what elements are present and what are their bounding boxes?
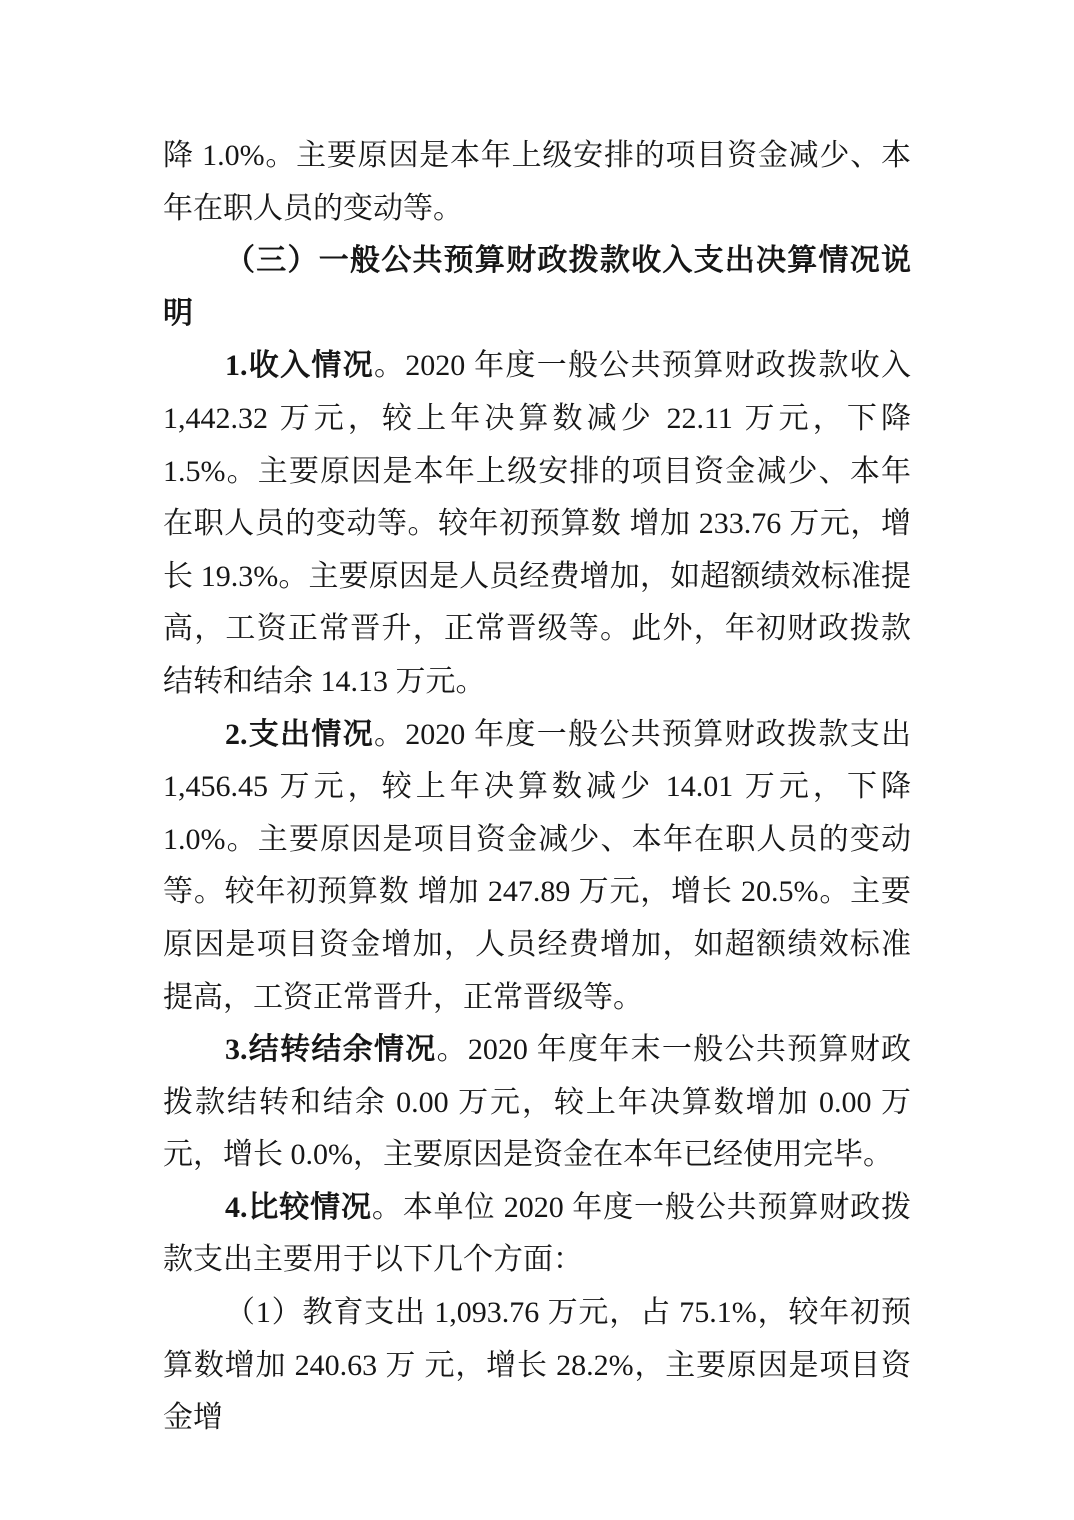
paragraph-lead-bold: 1.收入情况: [225, 349, 374, 382]
paragraph-education-expenditure: （1）教育支出 1,093.76 万元，占 75.1%，较年初预算数增加 240…: [163, 1287, 911, 1445]
paragraph-lead-bold: 4.比较情况: [225, 1191, 372, 1224]
page-text-block: 降 1.0%。主要原因是本年上级安排的项目资金减少、本年在职人员的变动等。 （三…: [163, 130, 911, 1445]
paragraph-carryover-balance: 3.结转结余情况。2020 年度年末一般公共预算财政拨款结转和结余 0.00 万…: [163, 1024, 911, 1182]
paragraph-income: 1.收入情况。2020 年度一般公共预算财政拨款收入 1,442.32 万元，较…: [163, 340, 911, 708]
paragraph-text: 。2020 年度一般公共预算财政拨款收入 1,442.32 万元，较上年决算数减…: [163, 349, 911, 698]
paragraph-text: （1）教育支出 1,093.76 万元，占 75.1%，较年初预算数增加 240…: [163, 1296, 911, 1434]
paragraph-comparison: 4.比较情况。本单位 2020 年度一般公共预算财政拨款支出主要用于以下几个方面…: [163, 1182, 911, 1287]
heading-section-three: （三）一般公共预算财政拨款收入支出决算情况说明: [163, 235, 911, 340]
paragraph-expenditure: 2.支出情况。2020 年度一般公共预算财政拨款支出 1,456.45 万元，较…: [163, 709, 911, 1025]
paragraph-lead-bold: 2.支出情况: [225, 718, 374, 751]
paragraph-text: 。2020 年度一般公共预算财政拨款支出 1,456.45 万元，较上年决算数减…: [163, 718, 911, 1014]
document-page: 降 1.0%。主要原因是本年上级安排的项目资金减少、本年在职人员的变动等。 （三…: [0, 0, 1074, 1520]
paragraph-lead-bold: 3.结转结余情况: [225, 1033, 437, 1066]
section-heading-text: （三）一般公共预算财政拨款收入支出决算情况说明: [163, 244, 911, 330]
paragraph-text: 降 1.0%。主要原因是本年上级安排的项目资金减少、本年在职人员的变动等。: [163, 139, 911, 225]
paragraph-carryover-from-previous-page: 降 1.0%。主要原因是本年上级安排的项目资金减少、本年在职人员的变动等。: [163, 130, 911, 235]
